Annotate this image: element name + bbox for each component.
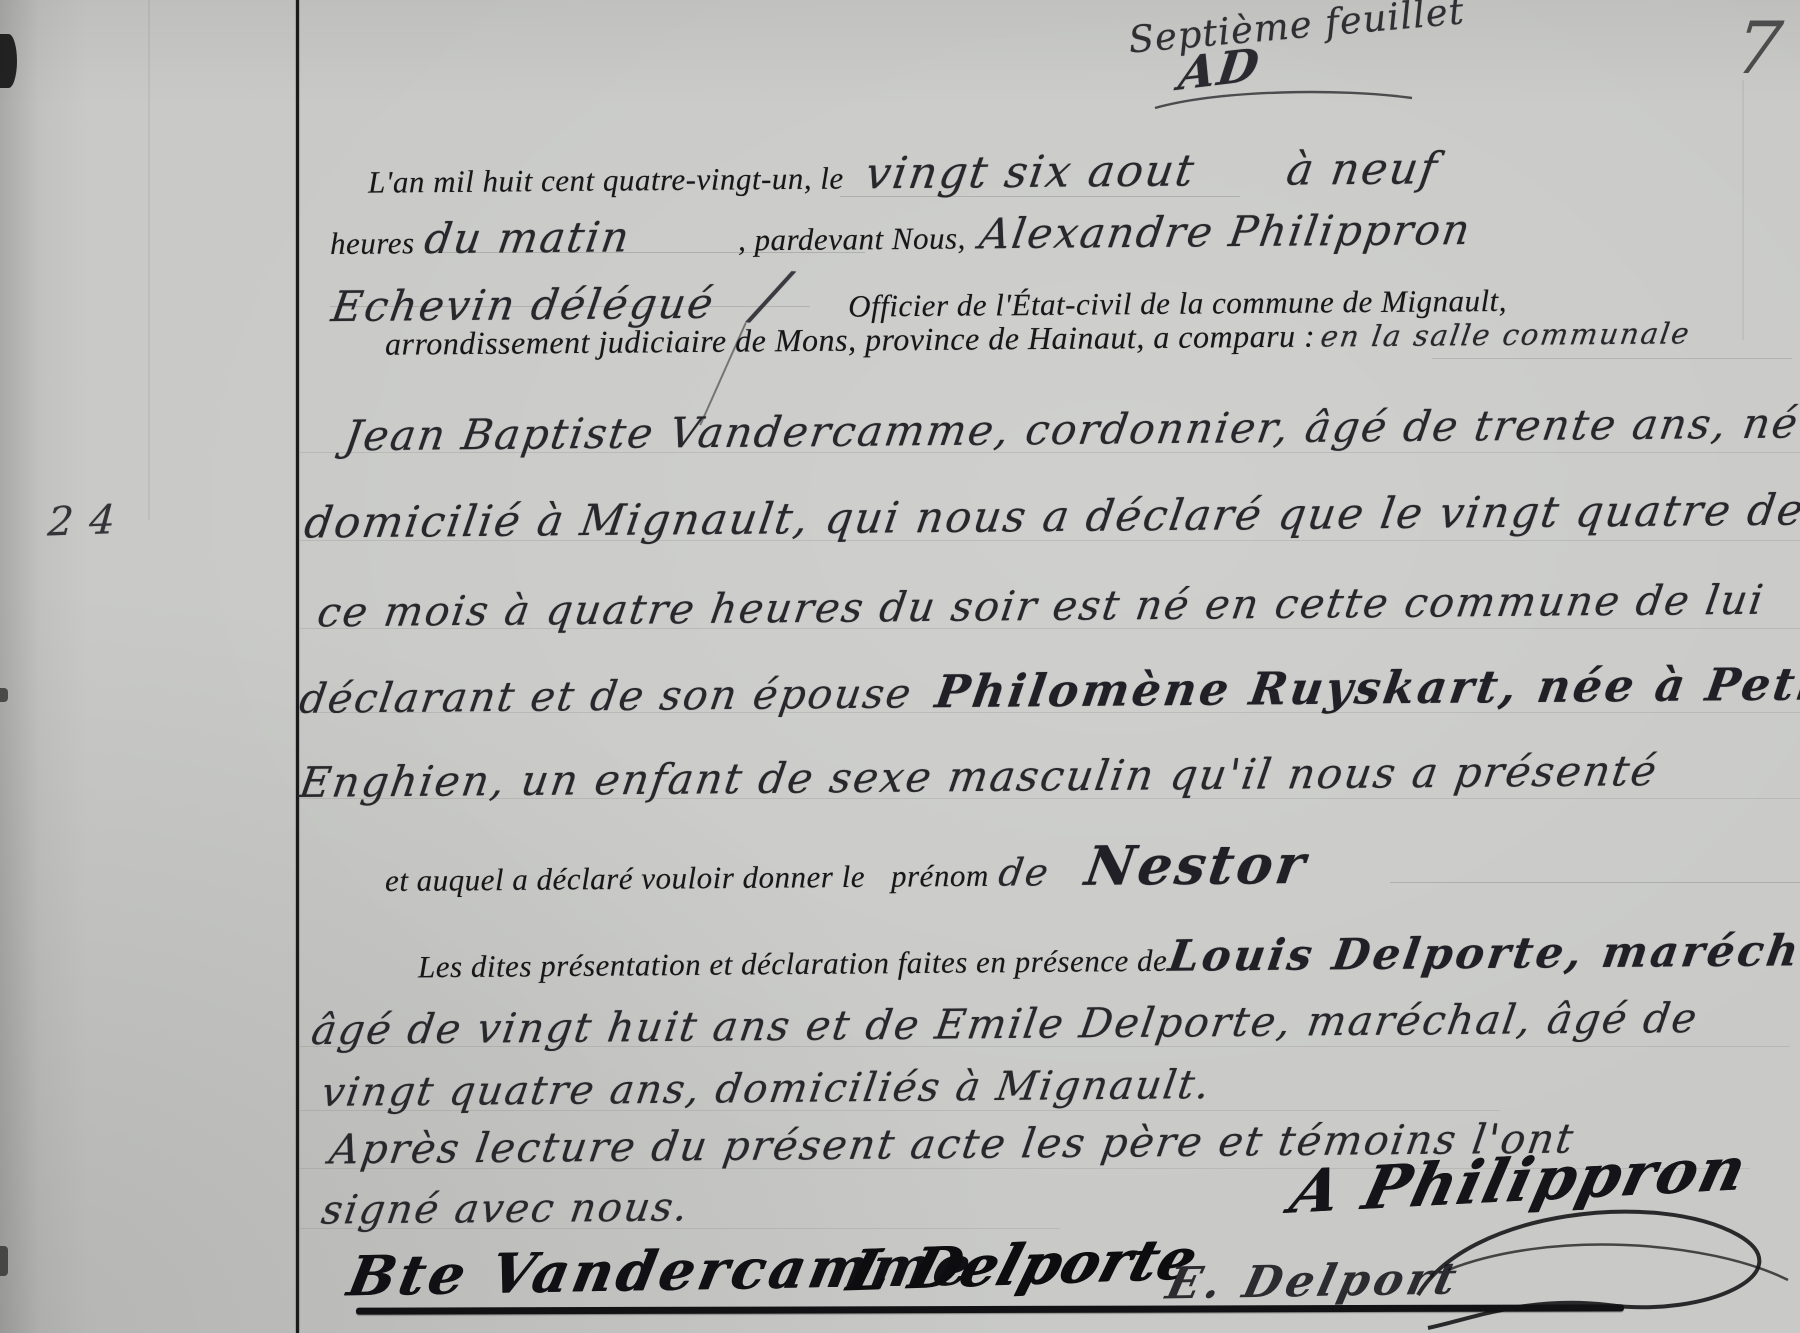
text-segment-hand: signé avec nous.	[319, 1184, 693, 1233]
paraph-underline-flourish	[1150, 86, 1420, 116]
text-segment-printed: L'an mil huit cent quatre-vingt-un, le	[368, 161, 844, 201]
form-baseline	[840, 196, 1240, 197]
act-line-10: et auquel a déclaré vouloir donner lepré…	[385, 832, 1308, 904]
text-segment-hand: vingt quatre ans, domiciliés à Mignault.	[319, 1062, 1215, 1116]
act-line-13: vingt quatre ans, domiciliés à Mignault.	[322, 1062, 1211, 1116]
scanned-birth-record-page: Septième feuillet AD 7 24 L'an mil huit …	[0, 0, 1800, 1333]
form-baseline	[1432, 358, 1792, 359]
text-segment-hand: Jean Baptiste Vandercamme, cordonnier, â…	[341, 397, 1800, 461]
form-baseline	[300, 1228, 1060, 1229]
text-segment-hand: du matin	[421, 212, 634, 263]
text-segment-hand-large: Louis Delporte, maréchal,	[1166, 926, 1800, 982]
edge-mark	[0, 688, 8, 702]
text-segment-hand-large: Philomène Ruyskart, née à Petit	[932, 657, 1800, 718]
text-segment-hand: en la salle communale	[1319, 316, 1694, 353]
edge-mark	[0, 1246, 8, 1276]
text-segment-hand: à neuf	[1283, 143, 1442, 195]
act-line-15: signé avec nous.	[322, 1184, 690, 1233]
act-line-5: Jean Baptiste Vandercamme, cordonnier, â…	[345, 397, 1800, 460]
signature-witness-1: L Delporte	[841, 1226, 1206, 1304]
paper-crease	[148, 0, 150, 520]
act-line-11: Les dites présentation et déclaration fa…	[418, 926, 1800, 989]
text-segment-hand: déclarant et de son épouse	[296, 669, 916, 722]
text-segment-hand: Alexandre Philippron	[976, 205, 1475, 258]
text-segment-hand-large: Nestor	[1081, 832, 1312, 898]
text-segment-printed: arrondissement judiciaire de Mons, provi…	[385, 318, 1316, 363]
act-number: 24	[46, 497, 132, 546]
form-baseline	[425, 252, 865, 253]
ink-blot	[0, 34, 17, 88]
form-baseline	[300, 1046, 1790, 1047]
form-baseline	[300, 540, 1800, 541]
folio-note: Septième feuillet	[1127, 0, 1466, 62]
text-segment-hand: vingt six aout	[862, 145, 1199, 199]
act-line-8: déclarant et de son épousePhilomène Ruys…	[300, 657, 1800, 723]
form-baseline	[300, 712, 1800, 713]
form-baseline	[300, 452, 1800, 453]
text-segment-printed: heures	[330, 225, 415, 262]
act-line-1: L'an mil huit cent quatre-vingt-un, levi…	[368, 143, 1439, 203]
page-number: 7	[1732, 6, 1787, 90]
form-baseline	[300, 628, 1800, 629]
register-margin-line	[296, 0, 299, 1333]
form-baseline	[300, 798, 1800, 799]
text-segment-printed: Les dites présentation et déclaration fa…	[418, 943, 1168, 986]
form-baseline	[1390, 882, 1800, 883]
form-baseline	[300, 1110, 1500, 1111]
text-segment-printed: prénom	[891, 858, 989, 895]
text-segment-hand: de	[995, 850, 1052, 895]
text-segment-printed: et auquel a déclaré vouloir donner le	[385, 859, 865, 899]
form-baseline	[330, 306, 810, 307]
paper-crease	[1742, 80, 1744, 340]
